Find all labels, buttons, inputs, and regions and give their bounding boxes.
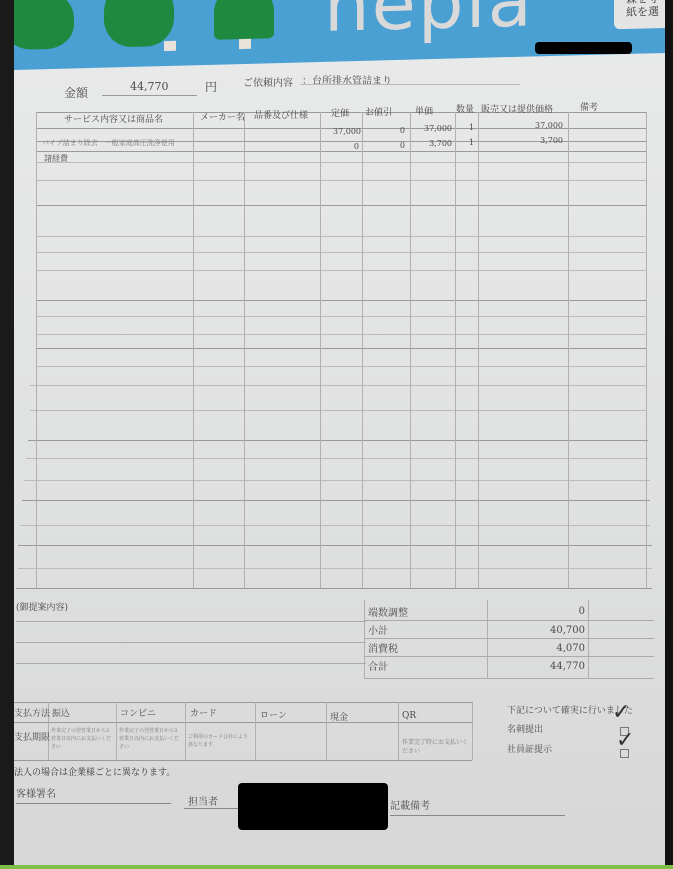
row1-unit-price: 37,000 <box>412 124 452 133</box>
payment-method-card: カード <box>190 706 217 719</box>
payment-method-transfer: 振込 <box>52 706 70 719</box>
table-rule <box>20 525 650 526</box>
remarks-line <box>390 815 565 816</box>
customer-signature-line[interactable] <box>16 803 171 804</box>
tagline-line-2: 紙を選 <box>626 5 665 19</box>
row2-price: 3,700 <box>480 136 563 145</box>
table-rule <box>22 500 650 501</box>
col-header-price: 販売又は提供価格 <box>481 102 553 115</box>
proposal-rule <box>16 642 366 643</box>
row2-list-price: 0 <box>325 142 359 151</box>
row2-unit-price: 3,700 <box>412 139 452 148</box>
tree-icon <box>214 0 274 40</box>
amount-label: 金額 <box>64 84 88 101</box>
table-rule <box>36 316 646 317</box>
photo-border-bottom <box>0 865 673 869</box>
payment-rule <box>14 702 472 703</box>
table-col-line <box>36 112 37 588</box>
customer-signature-label: 客様署名 <box>16 785 56 800</box>
summary-value-subtotal: 40,700 <box>490 625 585 636</box>
summary-value-total: 44,770 <box>490 661 585 672</box>
brand-logo: nepia <box>324 0 534 48</box>
table-col-line <box>455 112 456 588</box>
tree-trunk <box>239 39 251 49</box>
table-rule <box>36 162 646 163</box>
col-header-qty: 数量 <box>456 102 474 115</box>
col-header-service: サービス内容又は商品名 <box>64 112 163 125</box>
table-rule <box>36 348 646 349</box>
table-rule <box>36 270 646 271</box>
table-rule <box>30 410 646 411</box>
confirm-item-business-card: 名刺提出 <box>507 722 543 735</box>
payment-method-loan: ローン <box>260 708 287 721</box>
col-header-spec: 品番及び仕様 <box>254 108 308 121</box>
request-label: ご依頼内容 <box>243 74 293 89</box>
table-rule <box>36 252 646 253</box>
deadline-transfer: 作業完了の翌営業日から3営業日以内にお支払いください <box>51 727 113 751</box>
table-col-line <box>646 112 647 588</box>
redaction-staff-name <box>238 783 388 830</box>
request-underline <box>300 84 520 85</box>
row1-discount: 0 <box>365 126 405 135</box>
payment-method-cash: 現金 <box>330 710 348 723</box>
proposal-rule <box>16 663 366 664</box>
table-rule <box>36 180 646 181</box>
tree-icon <box>14 0 74 50</box>
payment-col-line <box>326 702 327 760</box>
confirm-item-employee-id: 社員証提示 <box>507 742 552 755</box>
col-header-unit-price: 単価 <box>415 104 433 117</box>
payment-col-line <box>185 702 186 760</box>
table-col-line <box>193 112 194 588</box>
summary-rule <box>364 638 654 639</box>
table-rule <box>36 151 646 152</box>
table-rule <box>24 480 650 481</box>
amount-underline <box>102 95 197 96</box>
summary-col-line <box>364 600 365 678</box>
payment-rule <box>14 760 472 761</box>
summary-rule <box>364 620 654 621</box>
table-col-line <box>320 112 321 588</box>
staff-line <box>184 808 244 809</box>
proposal-label: (御提案内容) <box>16 600 68 613</box>
table-rule <box>28 440 648 441</box>
staff-label: 担当者 <box>188 793 218 808</box>
table-rule <box>26 458 648 459</box>
table-rule <box>36 205 646 206</box>
summary-value-tax: 4,070 <box>490 643 585 654</box>
summary-col-line <box>487 600 488 678</box>
payment-deadline-label: 支払期限 <box>14 730 50 743</box>
col-header-note: 備考 <box>580 100 598 113</box>
payment-note: 法人の場合は企業様ごとに異なります。 <box>14 765 175 778</box>
amount-value: 44,770 <box>130 80 169 93</box>
brand-tagline: 森を守 紙を選 <box>614 0 665 29</box>
deadline-qr: 作業完了時にお支払いください <box>402 738 468 756</box>
table-rule <box>36 366 646 367</box>
table-rule <box>18 568 652 569</box>
table-rule <box>36 334 646 335</box>
table-rule <box>36 300 646 301</box>
row2-qty: 1 <box>458 138 474 147</box>
row1-price: 37,000 <box>480 121 563 130</box>
summary-label-total: 合計 <box>368 658 388 673</box>
summary-rule <box>364 678 654 679</box>
payment-method-convenience: コンビニ <box>120 706 156 719</box>
table-col-line <box>244 112 245 588</box>
summary-label-subtotal: 小計 <box>368 622 388 637</box>
proposal-rule <box>16 621 366 622</box>
payment-col-line <box>116 702 117 760</box>
payment-method-label: 支払方法 <box>14 706 50 719</box>
col-header-maker: メーカー名 <box>200 110 245 123</box>
col-header-discount: お値引 <box>365 105 392 118</box>
summary-label-tax: 消費税 <box>368 640 398 655</box>
payment-col-line <box>398 702 399 760</box>
summary-col-line <box>588 600 589 678</box>
table-col-line <box>568 112 569 588</box>
row1-name: パイプ詰まり除去 一般家庭高圧洗浄使用 <box>42 138 175 148</box>
redaction-bar-top <box>535 42 632 54</box>
summary-value-rounding: 0 <box>490 606 585 617</box>
checkmark-icon: ✓ <box>612 700 630 725</box>
table-col-line <box>478 112 479 588</box>
deadline-convenience: 作業完了の翌営業日から3営業日以内にお支払いください <box>119 727 181 751</box>
table-rule <box>18 545 652 546</box>
payment-rule <box>14 722 472 723</box>
table-rule <box>36 236 646 237</box>
photo-border-left <box>0 0 14 869</box>
checkmark-icon: ✓ <box>616 728 634 753</box>
summary-label-rounding: 端数調整 <box>368 604 408 619</box>
payment-col-line <box>255 702 256 760</box>
row1-qty: 1 <box>458 123 474 132</box>
table-col-line <box>410 112 411 588</box>
table-rule <box>30 385 646 386</box>
photo-border-right <box>665 0 673 869</box>
table-border-bottom <box>16 588 652 589</box>
row2-discount: 0 <box>365 141 405 150</box>
deadline-card: ご利用のカード会社により異なります <box>188 733 252 749</box>
remarks-label: 記載備考 <box>390 797 430 812</box>
table-col-line <box>362 112 363 588</box>
currency-label: 円 <box>205 78 217 95</box>
payment-col-line <box>472 702 473 760</box>
row3-name: 諸経費 <box>44 153 68 164</box>
summary-rule <box>364 656 654 657</box>
row1-list-price: 37,000 <box>325 127 361 136</box>
col-header-list-price: 定価 <box>331 106 349 119</box>
payment-method-qr: QR <box>402 711 416 721</box>
tree-trunk <box>164 41 176 51</box>
